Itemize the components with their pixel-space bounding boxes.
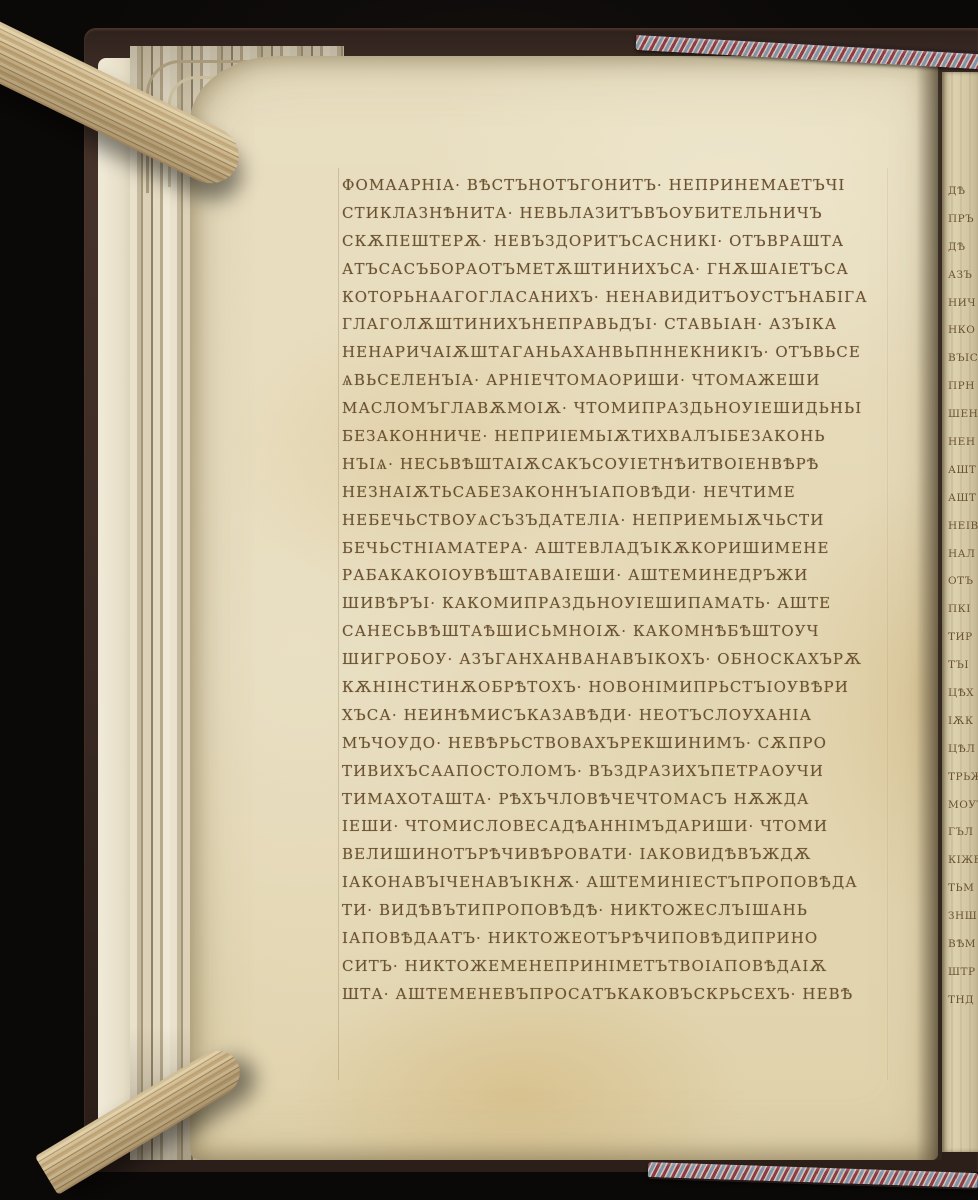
manuscript-photograph: ФОМААРНІА· ВѢСТЪНОТЪГОНИТЪ· НЕПРИНЕМАЕТЪ… <box>0 0 978 1200</box>
fragment-line: ПРЪ <box>948 206 978 234</box>
fragment-line: ТИР <box>948 624 978 652</box>
text-block: ФОМААРНІА· ВѢСТЪНОТЪГОНИТЪ· НЕПРИНЕМАЕТЪ… <box>342 172 902 1009</box>
fragment-line: ТНД <box>948 987 978 1015</box>
manuscript-line: ТИМАХОТАШТА· РѢХЪЧЛОВѢЧЕЧТОМАСЪ НѪЖДА <box>342 786 902 814</box>
fragment-line: ТРЬЖ <box>948 764 978 792</box>
manuscript-line: ІЕШИ· ЧТОМИСЛОВЕСАДѢАННІМЪДАРИШИ· ЧТОМИ <box>342 813 902 841</box>
gutter-shadow <box>916 56 942 1160</box>
facing-page-edge: ДѢПРЪДѢАЗЪНИЧНКОВЪІСПРНШЕННЕНАШТАШТНЕІВН… <box>942 72 978 1152</box>
manuscript-line: СИТЪ· НИКТОЖЕМЕНЕПРИНІМЕТЪТВОІАПОВѢДАІѪ <box>342 953 902 981</box>
manuscript-line: КѪНІНСТИНѪОБРѢТОХЪ· НОВОНІМИПРЬСТЪІОУВѢР… <box>342 674 902 702</box>
manuscript-line: АТЪСАСЪБОРАОТЪМЕТѪШТИНИХЪСА· ГНѪШАІЕТЪСА <box>342 256 902 284</box>
fragment-line: АШТ <box>948 457 978 485</box>
manuscript-line: РАБАКАКОІОУВѢШТАВАІЕШИ· АШТЕМИНЕДРЪЖИ <box>342 562 902 590</box>
fragment-line: ВЪІС <box>948 345 978 373</box>
manuscript-line: ІАПОВѢДААТЪ· НИКТОЖЕОТЪРѢЧИПОВѢДИПРИНО <box>342 925 902 953</box>
manuscript-line: НЕНАРИЧАІѪШТАГАНЬАХАНВЬПННЕКНИКІЪ· ОТЪВЬ… <box>342 339 902 367</box>
fragment-line: ОТЪ <box>948 568 978 596</box>
fragment-line: ШЕН <box>948 401 978 429</box>
manuscript-line: БЕЗАКОННИЧЕ· НЕПРИІЕМЬІѪТИХВАЛЪІБЕЗАКОНЬ <box>342 423 902 451</box>
manuscript-line: ФОМААРНІА· ВѢСТЪНОТЪГОНИТЪ· НЕПРИНЕМАЕТЪ… <box>342 172 902 200</box>
manuscript-line: ТИ· ВИДѢВЪТИПРОПОВѢДѢ· НИКТОЖЕСЛЪІШАНЬ <box>342 897 902 925</box>
fragment-line: ЗНШ <box>948 903 978 931</box>
fragment-line: КІЖЕ <box>948 847 978 875</box>
manuscript-line: ВЕЛИШИНОТЪРѢЧИВѢРОВАТИ· ІАКОВИДѢВЪЖДѪ <box>342 841 902 869</box>
manuscript-line: МЪЧОУДО· НЕВѢРЬСТВОВАХЪРЕКШИНИМЪ· СѪПРО <box>342 730 902 758</box>
fragment-line: ДѢ <box>948 178 978 206</box>
manuscript-line: МАСЛОМЪГЛАВѪМОІѪ· ЧТОМИПРАЗДЬНОУІЕШИДЬНЬ… <box>342 395 902 423</box>
fragment-line: АШТ <box>948 485 978 513</box>
manuscript-line: ѦВЬСЕЛЕНЪІА· АРНІЕЧТОМАОРИШИ· ЧТОМАЖЕШИ <box>342 367 902 395</box>
fragment-line: ВѢМ <box>948 931 978 959</box>
fragment-line: НЕІВ <box>948 513 978 541</box>
manuscript-page: ФОМААРНІА· ВѢСТЪНОТЪГОНИТЪ· НЕПРИНЕМАЕТЪ… <box>190 56 938 1160</box>
fragment-line: НКО <box>948 317 978 345</box>
manuscript-line: ШИГРОБОУ· АЗЪГАНХАНВАНАВЪІКОХЪ· ОБНОСКАХ… <box>342 646 902 674</box>
fragment-line: НЕН <box>948 429 978 457</box>
manuscript-line: ІАКОНАВЪІЧЕНАВЪІКНѪ· АШТЕМИНІЕСТЪПРОПОВѢ… <box>342 869 902 897</box>
manuscript-line: НЕЗНАІѪТЬСАБЕЗАКОННЪІАПОВѢДИ· НЕЧТИМЕ <box>342 479 902 507</box>
fragment-line: ПКІ <box>948 596 978 624</box>
fragment-line: ЦѢХ <box>948 680 978 708</box>
manuscript-line: СКѪПЕШТЕРѪ· НЕВЪЗДОРИТЪСАСНИКІ· ОТЪВРАШТ… <box>342 228 902 256</box>
manuscript-line: ШТА· АШТЕМЕНЕВЪПРОСАТЪКАКОВЪСКРЬСЕХЪ· НЕ… <box>342 981 902 1009</box>
facing-page-fragments: ДѢПРЪДѢАЗЪНИЧНКОВЪІСПРНШЕННЕНАШТАШТНЕІВН… <box>948 178 978 1015</box>
fragment-line: ПРН <box>948 373 978 401</box>
manuscript-line: НЕБЕЧЬСТВОУѦСЪЗЪДАТЕЛІА· НЕПРИЕМЬІѪЧЬСТИ <box>342 507 902 535</box>
fragment-line: ШТР <box>948 959 978 987</box>
fragment-line: ТЪІ <box>948 652 978 680</box>
manuscript-line: ШИВѢРЪІ· КАКОМИПРАЗДЬНОУІЕШИПАМАТЬ· АШТЕ <box>342 590 902 618</box>
fragment-line: ЦѢЛ <box>948 736 978 764</box>
fragment-line: НИЧ <box>948 290 978 318</box>
fragment-line: ТЬМ <box>948 875 978 903</box>
manuscript-line: ГЛАГОЛѪШТИНИХЪНЕПРАВЬДЪІ· СТАВЬІАН· АЗЪІ… <box>342 311 902 339</box>
fragment-line: АЗЪ <box>948 262 978 290</box>
manuscript-line: САНЕСЬВѢШТАѢШИСЬМНОІѪ· КАКОМНѢБѢШТОУЧ <box>342 618 902 646</box>
fragment-line: ДѢ <box>948 234 978 262</box>
manuscript-line: БЕЧЬСТНІАМАТЕРА· АШТЕВЛАДЪІКѪКОРИШИМЕНЕ <box>342 535 902 563</box>
fragment-line: МОУТ <box>948 792 978 820</box>
manuscript-line: НЪІѦ· НЕСЬВѢШТАІѪСАКЪСОУІЕТНѢИТВОІЕНВѢРѢ <box>342 451 902 479</box>
manuscript-line: КОТОРЬНААГОГЛАСАНИХЪ· НЕНАВИДИТЪОУСТЪНАБ… <box>342 284 902 312</box>
manuscript-line: СТИКЛАЗНѢНИТА· НЕВЬЛАЗИТЪВЪОУБИТЕЛЬНИЧЪ <box>342 200 902 228</box>
fragment-line: ГЪЛ <box>948 819 978 847</box>
fragment-line: ІѪК <box>948 708 978 736</box>
fragment-line: НАЛ <box>948 541 978 569</box>
manuscript-line: ТИВИХЪСААПОСТОЛОМЪ· ВЪЗДРАЗИХЪПЕТРАОУЧИ <box>342 758 902 786</box>
manuscript-line: ХЪСА· НЕИНѢМИСЪКАЗАВѢДИ· НЕОТЪСЛОУХАНІА <box>342 702 902 730</box>
